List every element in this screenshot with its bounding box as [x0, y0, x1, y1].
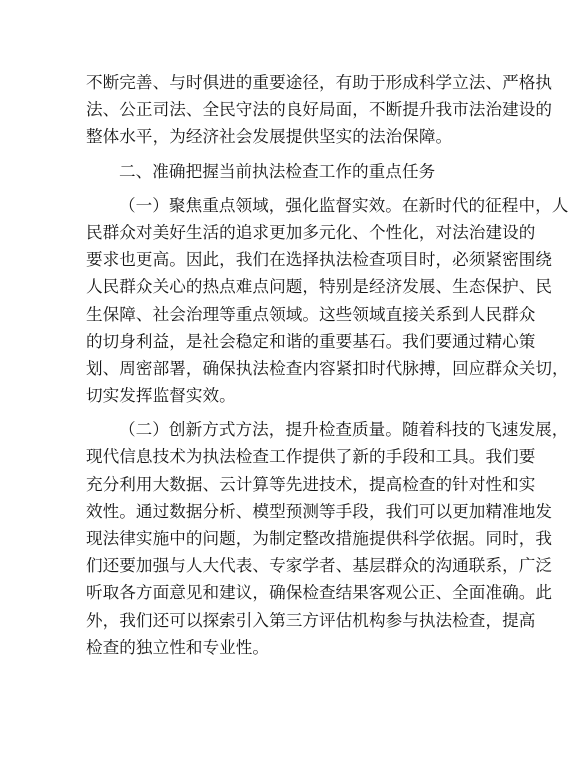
- paragraph-gap: [86, 151, 504, 158]
- text-line: 效性。通过数据分析、模型预测等手段，我们可以更加精准地发: [86, 498, 504, 525]
- heading-text: 二、准确把握当前执法检查工作的重点任务: [86, 158, 504, 185]
- text-line: 现法律实施中的问题，为制定整改措施提供科学依据。同时，我: [86, 525, 504, 552]
- text-line: 充分利用大数据、云计算等先进技术，提高检查的针对性和实: [86, 471, 504, 498]
- text-line: 切实发挥监督实效。: [86, 382, 504, 409]
- text-line: 整体水平，为经济社会发展提供坚实的法治保障。: [86, 123, 504, 150]
- text-line: （一）聚焦重点领域，强化监督实效。在新时代的征程中，人: [86, 192, 504, 219]
- text-line: 现代信息技术为执法检查工作提供了新的手段和工具。我们要: [86, 443, 504, 470]
- text-line: 生保障、社会治理等重点领域。这些领域直接关系到人民群众: [86, 301, 504, 328]
- section-heading: 二、准确把握当前执法检查工作的重点任务: [86, 158, 504, 185]
- text-line: 要求也更高。因此，我们在选择执法检查项目时，必须紧密围绕: [86, 246, 504, 273]
- paragraph-gap: [86, 185, 504, 192]
- document-page: 不断完善、与时俱进的重要途径，有助于形成科学立法、严格执 法、公正司法、全民守法…: [0, 0, 586, 759]
- paragraph-focus-key-areas: （一）聚焦重点领域，强化监督实效。在新时代的征程中，人 民群众对美好生活的追求更…: [86, 192, 504, 410]
- text-line: 人民群众关心的热点难点问题，特别是经济发展、生态保护、民: [86, 273, 504, 300]
- text-line: 们还要加强与人大代表、专家学者、基层群众的沟通联系，广泛: [86, 552, 504, 579]
- paragraph-innovate-methods: （二）创新方式方法，提升检查质量。随着科技的飞速发展， 现代信息技术为执法检查工…: [86, 416, 504, 661]
- paragraph-gap: [86, 409, 504, 416]
- text-line: 听取各方面意见和建议，确保检查结果客观公正、全面准确。此: [86, 579, 504, 606]
- text-line: 外，我们还可以探索引入第三方评估机构参与执法检查，提高: [86, 607, 504, 634]
- text-line: 民群众对美好生活的追求更加多元化、个性化，对法治建设的: [86, 219, 504, 246]
- paragraph-intro-continuation: 不断完善、与时俱进的重要途径，有助于形成科学立法、严格执 法、公正司法、全民守法…: [86, 69, 504, 151]
- text-line: 的切身利益，是社会稳定和谐的重要基石。我们要通过精心策: [86, 328, 504, 355]
- text-line: 检查的独立性和专业性。: [86, 634, 504, 661]
- text-line: 法、公正司法、全民守法的良好局面，不断提升我市法治建设的: [86, 96, 504, 123]
- text-line: 不断完善、与时俱进的重要途径，有助于形成科学立法、严格执: [86, 69, 504, 96]
- document-body: 不断完善、与时俱进的重要途径，有助于形成科学立法、严格执 法、公正司法、全民守法…: [86, 69, 504, 661]
- text-line: （二）创新方式方法，提升检查质量。随着科技的飞速发展，: [86, 416, 504, 443]
- text-line: 划、周密部署，确保执法检查内容紧扣时代脉搏，回应群众关切，: [86, 355, 504, 382]
